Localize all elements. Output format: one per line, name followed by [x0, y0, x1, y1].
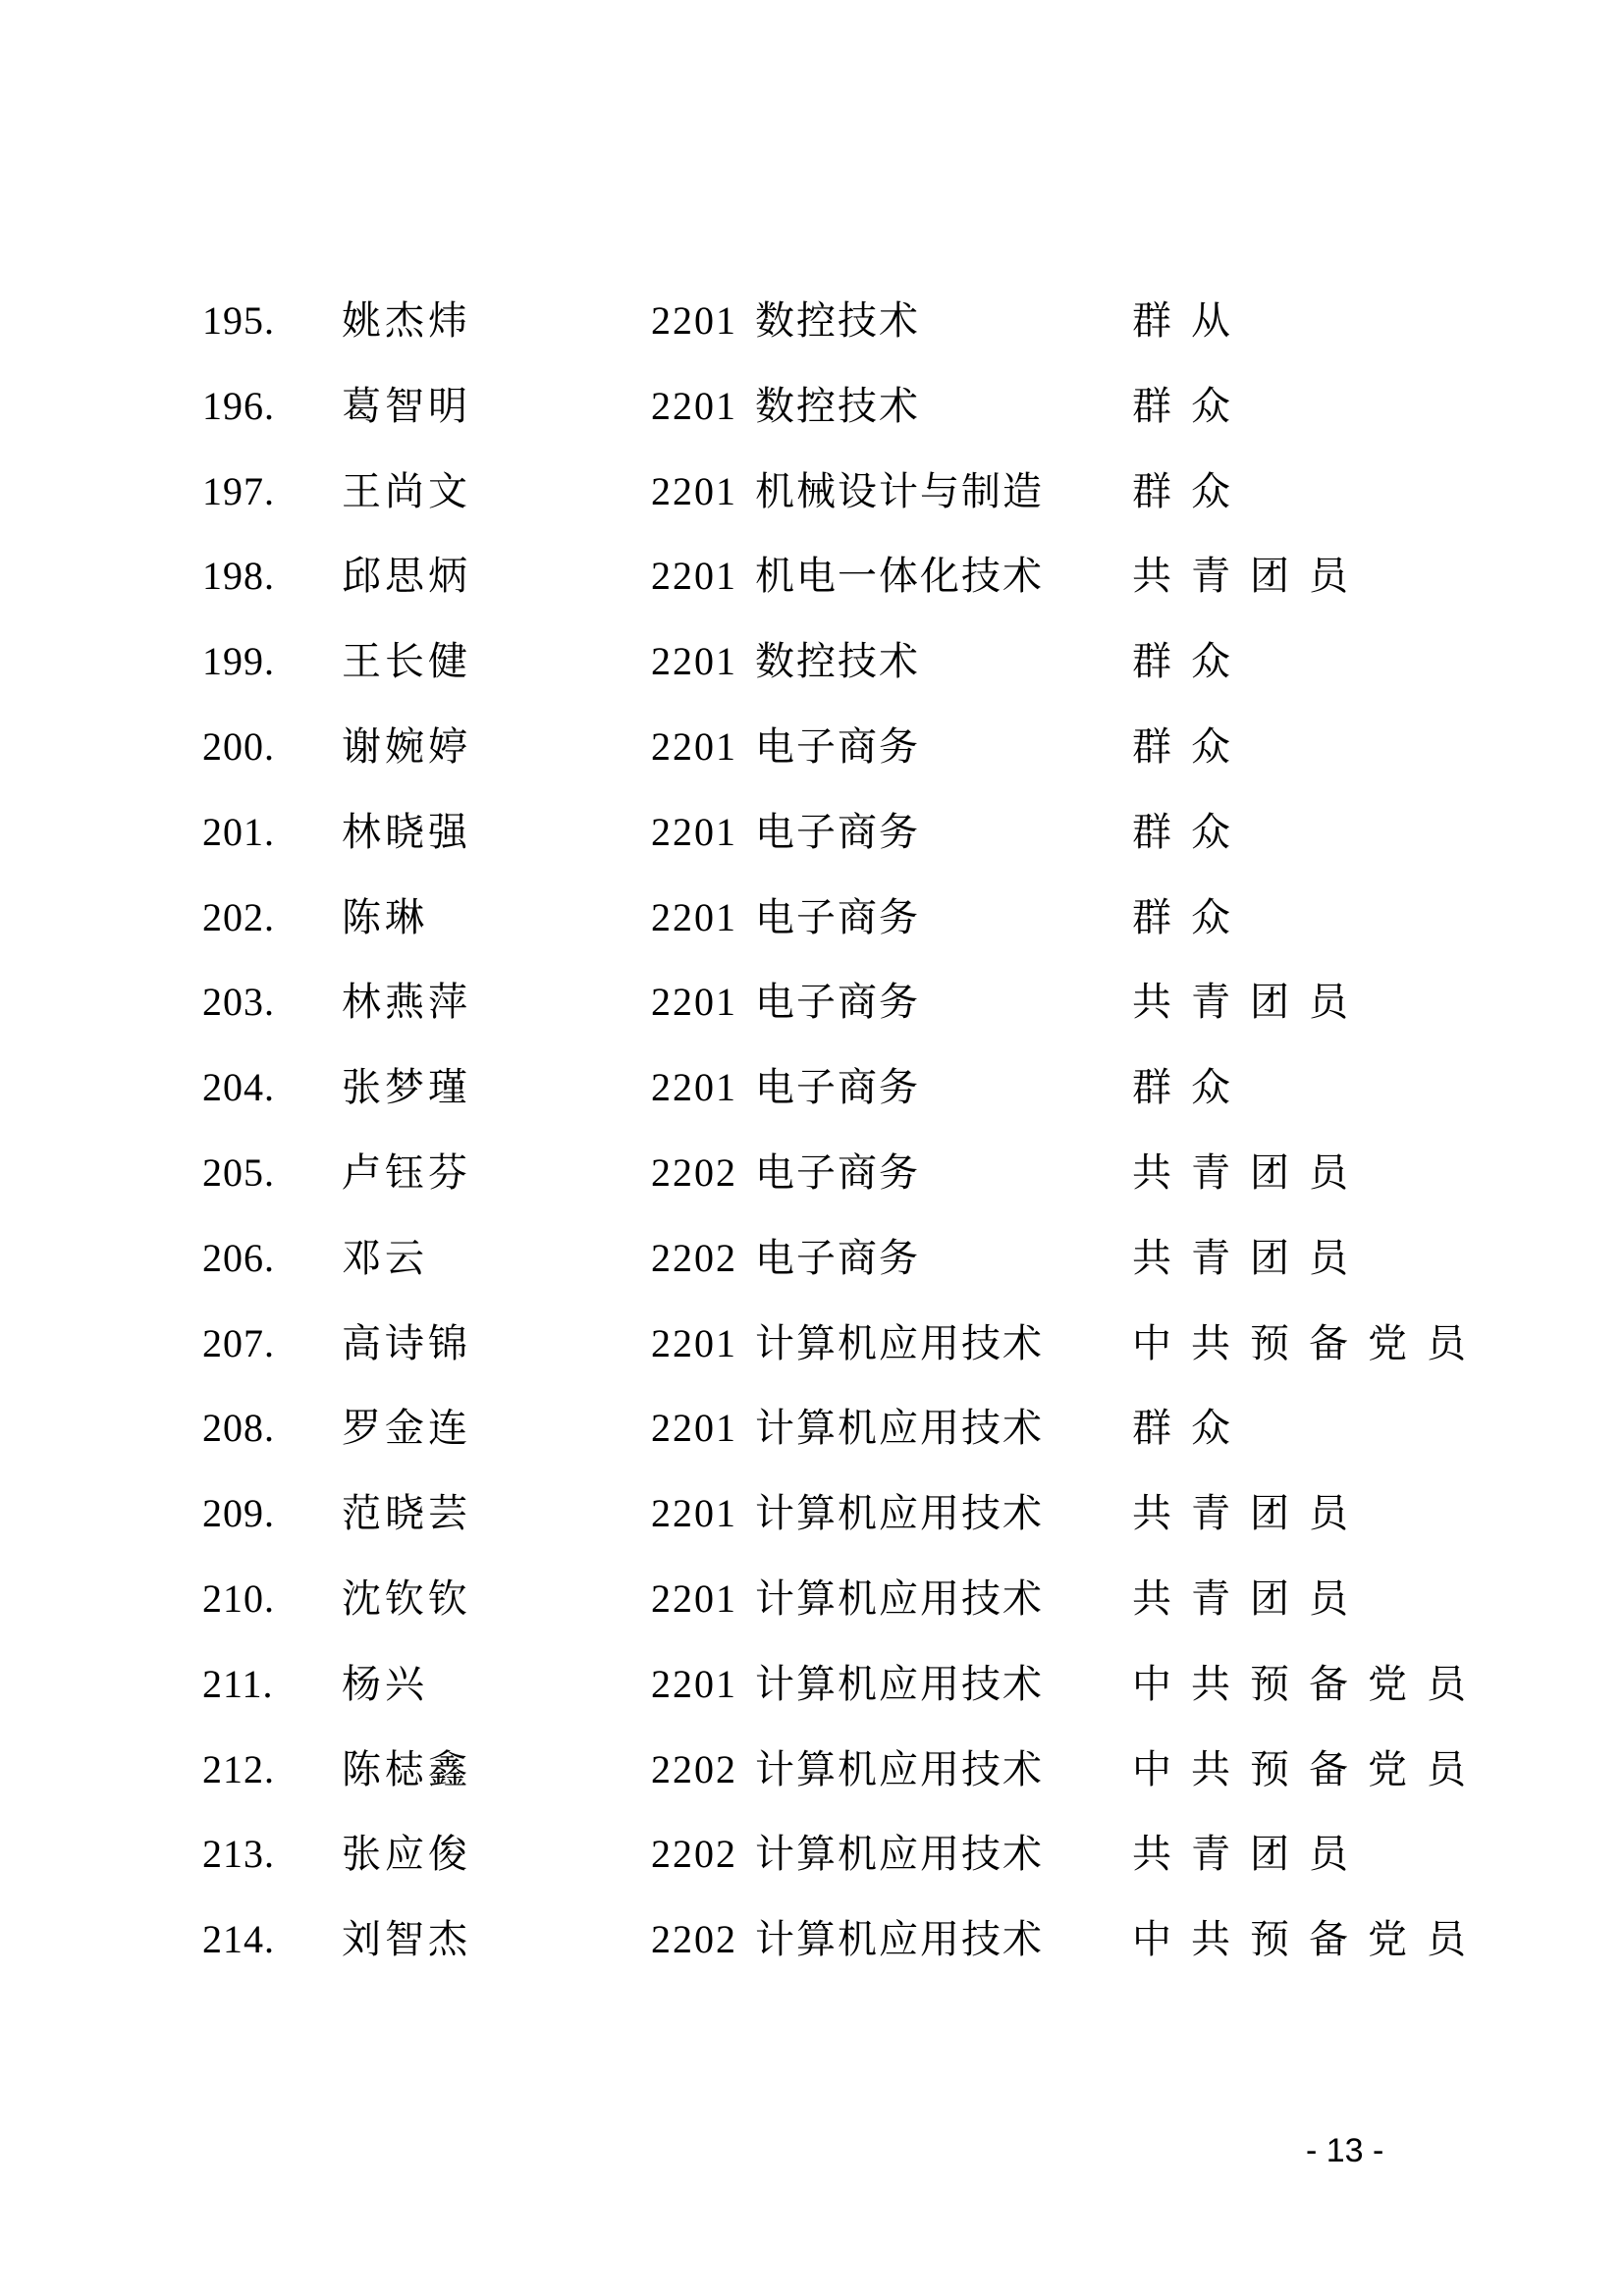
roster-row: 201. 林晓强 2201 电子商务 群众 — [0, 811, 1624, 896]
class-major: 2202 电子商务 — [651, 1237, 920, 1280]
political-status: 群众 — [1132, 640, 1250, 683]
class-major: 2201 电子商务 — [651, 981, 920, 1024]
roster-row: 206. 邓云 2202 电子商务 共青团员 — [0, 1237, 1624, 1322]
row-number: 209. — [202, 1492, 275, 1535]
political-status: 群众 — [1132, 1066, 1250, 1109]
student-name: 罗金连 — [342, 1407, 471, 1450]
page-footer: - 13 - — [1306, 2132, 1502, 2169]
roster-row: 212. 陈梽鑫 2202 计算机应用技术 中共预备党员 — [0, 1748, 1624, 1834]
row-number: 210. — [202, 1577, 275, 1621]
student-roster-list: 195. 姚杰炜 2201 数控技术 群从 196. 葛智明 2201 数控技术… — [0, 299, 1624, 2003]
student-name: 范晓芸 — [342, 1492, 471, 1535]
class-major: 2201 数控技术 — [651, 385, 920, 428]
class-major: 2201 电子商务 — [651, 1066, 920, 1109]
row-number: 207. — [202, 1322, 275, 1365]
row-number: 214. — [202, 1918, 275, 1961]
class-major: 2201 数控技术 — [651, 299, 920, 343]
class-major: 2201 计算机应用技术 — [651, 1577, 1044, 1621]
political-status: 中共预备党员 — [1132, 1748, 1486, 1791]
row-number: 196. — [202, 385, 275, 428]
row-number: 208. — [202, 1407, 275, 1450]
student-name: 谢婉婷 — [342, 725, 471, 769]
political-status: 共青团员 — [1132, 555, 1368, 598]
document-page: 195. 姚杰炜 2201 数控技术 群从 196. 葛智明 2201 数控技术… — [0, 0, 1624, 2296]
political-status: 中共预备党员 — [1132, 1322, 1486, 1365]
row-number: 204. — [202, 1066, 275, 1109]
roster-row: 210. 沈钦钦 2201 计算机应用技术 共青团员 — [0, 1577, 1624, 1663]
row-number: 200. — [202, 725, 275, 769]
roster-row: 209. 范晓芸 2201 计算机应用技术 共青团员 — [0, 1492, 1624, 1577]
political-status: 共青团员 — [1132, 1151, 1368, 1195]
student-name: 高诗锦 — [342, 1322, 471, 1365]
political-status: 共青团员 — [1132, 1833, 1368, 1876]
roster-row: 205. 卢钰芬 2202 电子商务 共青团员 — [0, 1151, 1624, 1237]
political-status: 群众 — [1132, 385, 1250, 428]
class-major: 2201 计算机应用技术 — [651, 1492, 1044, 1535]
row-number: 197. — [202, 470, 275, 513]
roster-row: 214. 刘智杰 2202 计算机应用技术 中共预备党员 — [0, 1918, 1624, 2003]
student-name: 陈梽鑫 — [342, 1748, 471, 1791]
class-major: 2202 计算机应用技术 — [651, 1833, 1044, 1876]
political-status: 共青团员 — [1132, 1237, 1368, 1280]
student-name: 林晓强 — [342, 811, 471, 854]
class-major: 2201 计算机应用技术 — [651, 1663, 1044, 1706]
class-major: 2201 电子商务 — [651, 811, 920, 854]
student-name: 邱思炳 — [342, 555, 471, 598]
roster-row: 200. 谢婉婷 2201 电子商务 群众 — [0, 725, 1624, 811]
class-major: 2201 机械设计与制造 — [651, 470, 1044, 513]
row-number: 198. — [202, 555, 275, 598]
roster-row: 204. 张梦瑾 2201 电子商务 群众 — [0, 1066, 1624, 1151]
row-number: 211. — [202, 1663, 274, 1706]
student-name: 邓云 — [342, 1237, 428, 1280]
class-major: 2202 计算机应用技术 — [651, 1918, 1044, 1961]
row-number: 195. — [202, 299, 275, 343]
student-name: 沈钦钦 — [342, 1577, 471, 1621]
student-name: 杨兴 — [342, 1663, 428, 1706]
row-number: 203. — [202, 981, 275, 1024]
roster-row: 195. 姚杰炜 2201 数控技术 群从 — [0, 299, 1624, 385]
class-major: 2202 计算机应用技术 — [651, 1748, 1044, 1791]
political-status: 群众 — [1132, 470, 1250, 513]
student-name: 刘智杰 — [342, 1918, 471, 1961]
political-status: 群众 — [1132, 811, 1250, 854]
student-name: 姚杰炜 — [342, 299, 471, 343]
row-number: 212. — [202, 1748, 275, 1791]
political-status: 中共预备党员 — [1132, 1663, 1486, 1706]
row-number: 199. — [202, 640, 275, 683]
class-major: 2201 数控技术 — [651, 640, 920, 683]
political-status: 共青团员 — [1132, 1577, 1368, 1621]
student-name: 王长健 — [342, 640, 471, 683]
roster-row: 208. 罗金连 2201 计算机应用技术 群众 — [0, 1407, 1624, 1492]
student-name: 林燕萍 — [342, 981, 471, 1024]
political-status: 群众 — [1132, 1407, 1250, 1450]
student-name: 张应俊 — [342, 1833, 471, 1876]
political-status: 共青团员 — [1132, 1492, 1368, 1535]
class-major: 2201 计算机应用技术 — [651, 1322, 1044, 1365]
class-major: 2201 计算机应用技术 — [651, 1407, 1044, 1450]
page-number: - 13 - — [1306, 2132, 1383, 2169]
row-number: 206. — [202, 1237, 275, 1280]
political-status: 中共预备党员 — [1132, 1918, 1486, 1961]
roster-row: 197. 王尚文 2201 机械设计与制造 群众 — [0, 470, 1624, 556]
class-major: 2201 电子商务 — [651, 725, 920, 769]
roster-row: 203. 林燕萍 2201 电子商务 共青团员 — [0, 981, 1624, 1066]
roster-row: 207. 高诗锦 2201 计算机应用技术 中共预备党员 — [0, 1322, 1624, 1408]
roster-row: 199. 王长健 2201 数控技术 群众 — [0, 640, 1624, 725]
student-name: 葛智明 — [342, 385, 471, 428]
roster-row: 202. 陈琳 2201 电子商务 群众 — [0, 896, 1624, 982]
class-major: 2201 机电一体化技术 — [651, 555, 1044, 598]
political-status: 共青团员 — [1132, 981, 1368, 1024]
student-name: 王尚文 — [342, 470, 471, 513]
roster-row: 196. 葛智明 2201 数控技术 群众 — [0, 385, 1624, 470]
row-number: 213. — [202, 1833, 275, 1876]
political-status: 群从 — [1132, 299, 1250, 343]
roster-row: 211. 杨兴 2201 计算机应用技术 中共预备党员 — [0, 1663, 1624, 1748]
student-name: 陈琳 — [342, 896, 428, 939]
row-number: 205. — [202, 1151, 275, 1195]
student-name: 张梦瑾 — [342, 1066, 471, 1109]
roster-row: 198. 邱思炳 2201 机电一体化技术 共青团员 — [0, 555, 1624, 640]
political-status: 群众 — [1132, 896, 1250, 939]
political-status: 群众 — [1132, 725, 1250, 769]
row-number: 202. — [202, 896, 275, 939]
row-number: 201. — [202, 811, 275, 854]
class-major: 2202 电子商务 — [651, 1151, 920, 1195]
student-name: 卢钰芬 — [342, 1151, 471, 1195]
roster-row: 213. 张应俊 2202 计算机应用技术 共青团员 — [0, 1833, 1624, 1918]
class-major: 2201 电子商务 — [651, 896, 920, 939]
